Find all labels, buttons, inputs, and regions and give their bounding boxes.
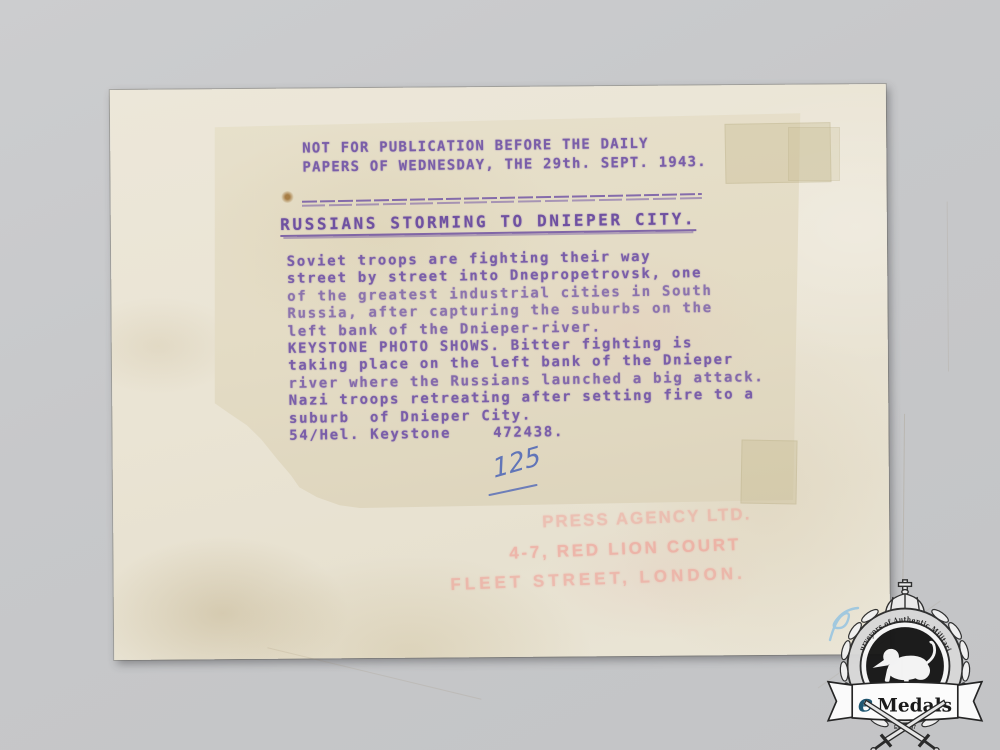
emedals-watermark: Purveyors of Authentic Militaria e Medal…	[826, 578, 984, 750]
product-photo-page: NOT FOR PUBLICATION BEFORE THE DAILY PAP…	[0, 0, 1000, 750]
embargo-line-2: PAPERS OF WEDNESDAY, THE 29th. SEPT. 194…	[302, 154, 707, 177]
negative-number: 472438.	[493, 424, 564, 442]
crease-line	[267, 647, 481, 700]
caption-headline: RUSSIANS STORMING TO DNIEPER CITY.	[280, 210, 696, 237]
credit-line: 54/Hel. Keystone	[289, 426, 451, 445]
separator-rule	[302, 193, 702, 207]
typed-caption: NOT FOR PUBLICATION BEFORE THE DAILY PAP…	[279, 131, 804, 468]
embargo-line-1: NOT FOR PUBLICATION BEFORE THE DAILY	[302, 136, 649, 158]
crease-line	[947, 201, 949, 371]
